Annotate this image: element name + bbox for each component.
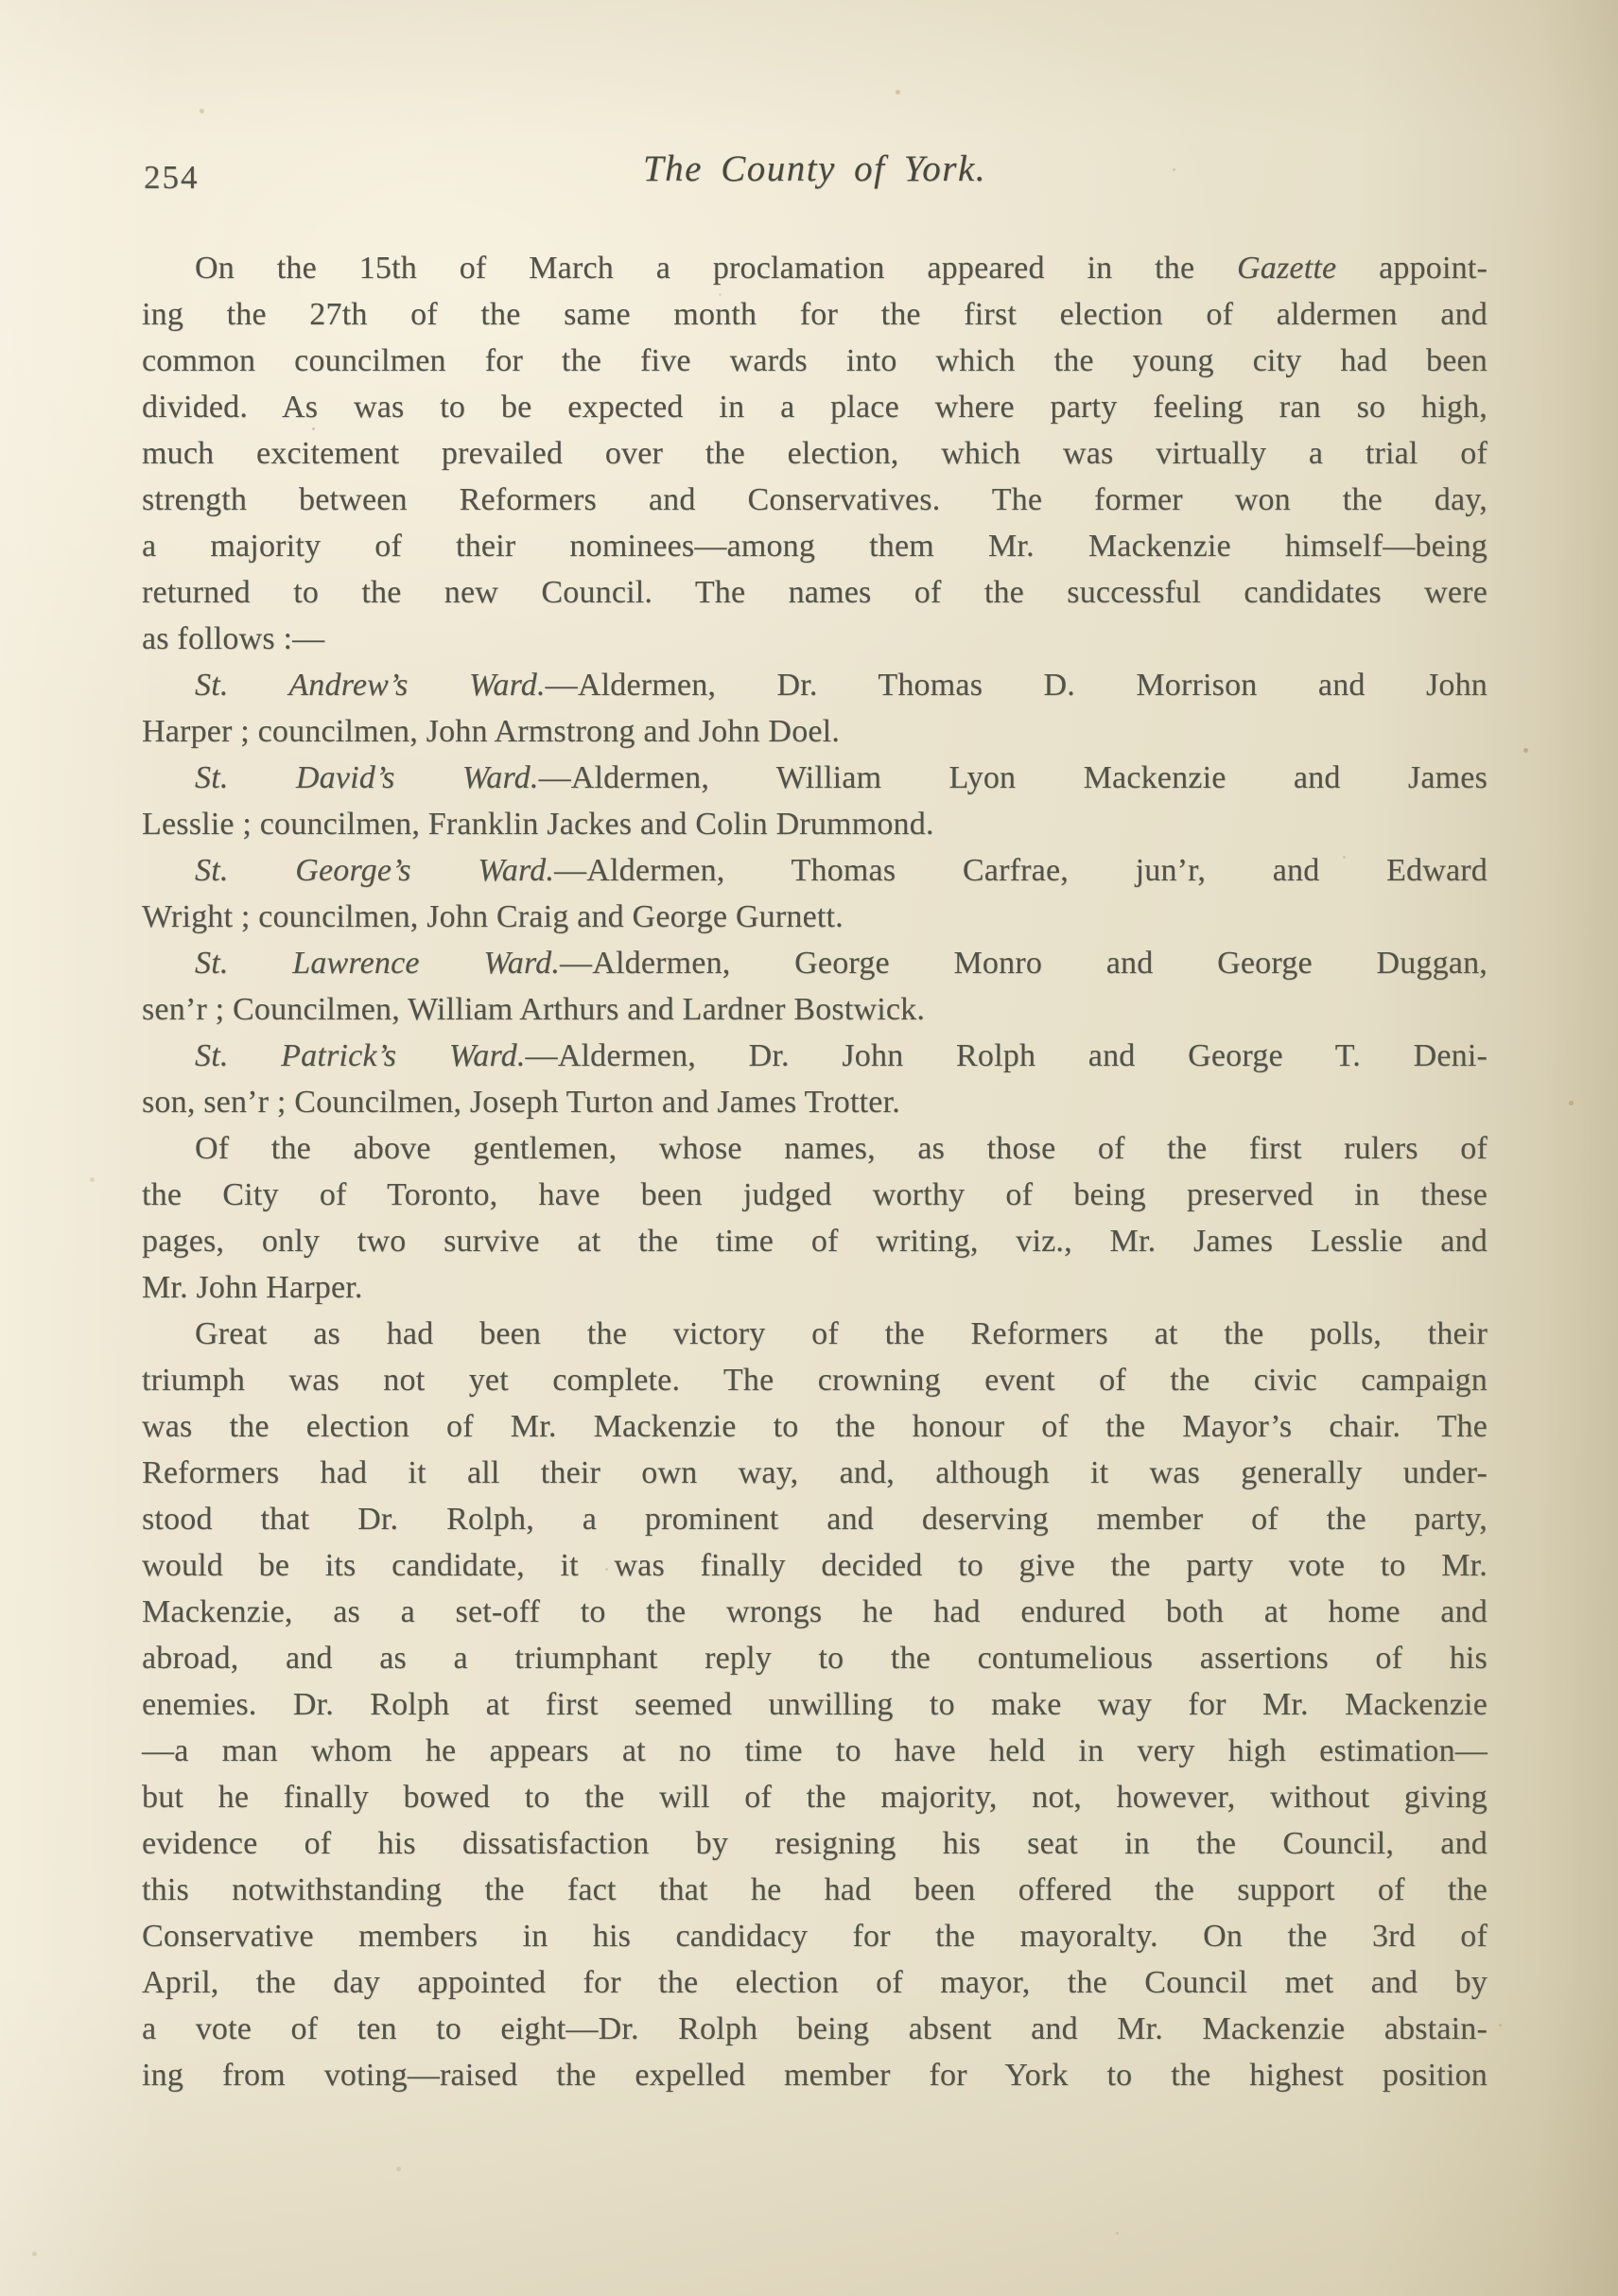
text-line: a majority of their nominees—among them … — [142, 523, 1488, 569]
text-line: this notwithstanding the fact that he ha… — [142, 1867, 1488, 1913]
text-line: enemies. Dr. Rolph at first seemed unwil… — [142, 1681, 1488, 1728]
text-line: St. Andrew’s Ward.—Aldermen, Dr. Thomas … — [142, 662, 1488, 708]
text-line: Mr. John Harper. — [142, 1264, 1488, 1311]
text-line: sen’r ; Councilmen, William Arthurs and … — [142, 986, 1488, 1033]
text-line: stood that Dr. Rolph, a prominent and de… — [142, 1496, 1488, 1542]
text-line: as follows :— — [142, 616, 1488, 662]
text-line: April, the day appointed for the electio… — [142, 1959, 1488, 2006]
text-line: was the election of Mr. Mackenzie to the… — [142, 1403, 1488, 1450]
text-line: Lesslie ; councilmen, Franklin Jackes an… — [142, 801, 1488, 847]
text-line: would be its candidate, it was finally d… — [142, 1542, 1488, 1589]
text-line: ing the 27th of the same month for the f… — [142, 291, 1488, 338]
text-line: ing from voting—raised the expelled memb… — [142, 2052, 1488, 2098]
paragraph-ward-st-patricks: St. Patrick’s Ward.—Aldermen, Dr. John R… — [142, 1033, 1488, 1125]
paragraph-intro-election: On the 15th of March a proclamation appe… — [142, 245, 1488, 662]
text-line: St. Patrick’s Ward.—Aldermen, Dr. John R… — [142, 1033, 1488, 1079]
paragraph-mayor-election: Great as had been the victory of the Ref… — [142, 1311, 1488, 2098]
text-line: the City of Toronto, have been judged wo… — [142, 1172, 1488, 1218]
text-line: divided. As was to be expected in a plac… — [142, 384, 1488, 430]
text-line: St. David’s Ward.—Aldermen, William Lyon… — [142, 755, 1488, 801]
text-line: Harper ; councilmen, John Armstrong and … — [142, 708, 1488, 755]
paragraph-ward-st-andrews: St. Andrew’s Ward.—Aldermen, Dr. Thomas … — [142, 662, 1488, 755]
text-line: Mackenzie, as a set-off to the wrongs he… — [142, 1589, 1488, 1635]
text-line: a vote of ten to eight—Dr. Rolph being a… — [142, 2006, 1488, 2052]
book-page: 254 The County of York. On the 15th of M… — [0, 0, 1618, 2296]
running-title: The County of York. — [142, 148, 1488, 190]
text-line: Reformers had it all their own way, and,… — [142, 1450, 1488, 1496]
paragraph-ward-st-davids: St. David’s Ward.—Aldermen, William Lyon… — [142, 755, 1488, 847]
paper-specks — [0, 0, 3, 3]
text-line: evidence of his dissatisfaction by resig… — [142, 1820, 1488, 1867]
text-line: son, sen’r ; Councilmen, Joseph Turton a… — [142, 1079, 1488, 1125]
text-line: St. George’s Ward.—Aldermen, Thomas Carf… — [142, 847, 1488, 894]
paragraph-ward-st-lawrence: St. Lawrence Ward.—Aldermen, George Monr… — [142, 940, 1488, 1033]
text-line: pages, only two survive at the time of w… — [142, 1218, 1488, 1264]
text-line: Great as had been the victory of the Ref… — [142, 1311, 1488, 1357]
paragraph-survivors: Of the above gentlemen, whose names, as … — [142, 1125, 1488, 1311]
text-line: —a man whom he appears at no time to hav… — [142, 1728, 1488, 1774]
text-line: Wright ; councilmen, John Craig and Geor… — [142, 894, 1488, 940]
text-line: but he finally bowed to the will of the … — [142, 1774, 1488, 1820]
body-text: On the 15th of March a proclamation appe… — [142, 245, 1488, 2098]
text-line: strength between Reformers and Conservat… — [142, 477, 1488, 523]
text-line: returned to the new Council. The names o… — [142, 569, 1488, 616]
text-line: abroad, and as a triumphant reply to the… — [142, 1635, 1488, 1681]
text-line: Conservative members in his candidacy fo… — [142, 1913, 1488, 1959]
text-line: St. Lawrence Ward.—Aldermen, George Monr… — [142, 940, 1488, 986]
text-line: Of the above gentlemen, whose names, as … — [142, 1125, 1488, 1172]
text-line: much excitement prevailed over the elect… — [142, 430, 1488, 477]
text-line: On the 15th of March a proclamation appe… — [142, 245, 1488, 291]
text-line: triumph was not yet complete. The crowni… — [142, 1357, 1488, 1403]
text-line: common councilmen for the five wards int… — [142, 338, 1488, 384]
paragraph-ward-st-georges: St. George’s Ward.—Aldermen, Thomas Carf… — [142, 847, 1488, 940]
